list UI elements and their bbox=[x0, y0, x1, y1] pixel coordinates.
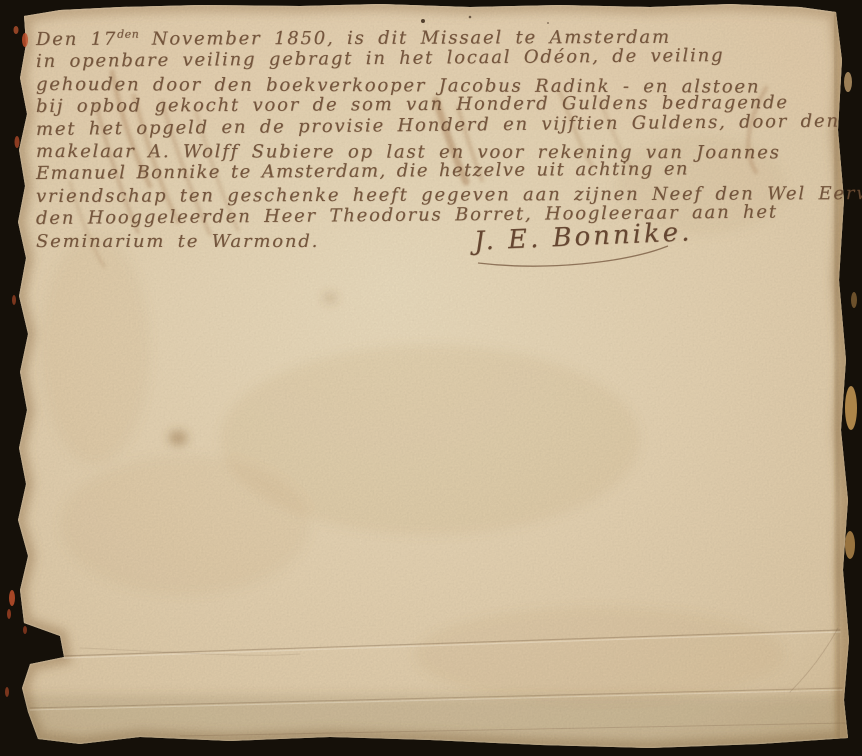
manuscript-text-block: Den 17den November 1850, is dit Missael … bbox=[36, 24, 832, 253]
scanned-document-page: Den 17den November 1850, is dit Missael … bbox=[0, 0, 862, 756]
manuscript-line: Emanuel Bonnike te Amsterdam, die hetzel… bbox=[36, 158, 832, 186]
manuscript-line: Seminarium te Warmond. bbox=[36, 231, 832, 253]
